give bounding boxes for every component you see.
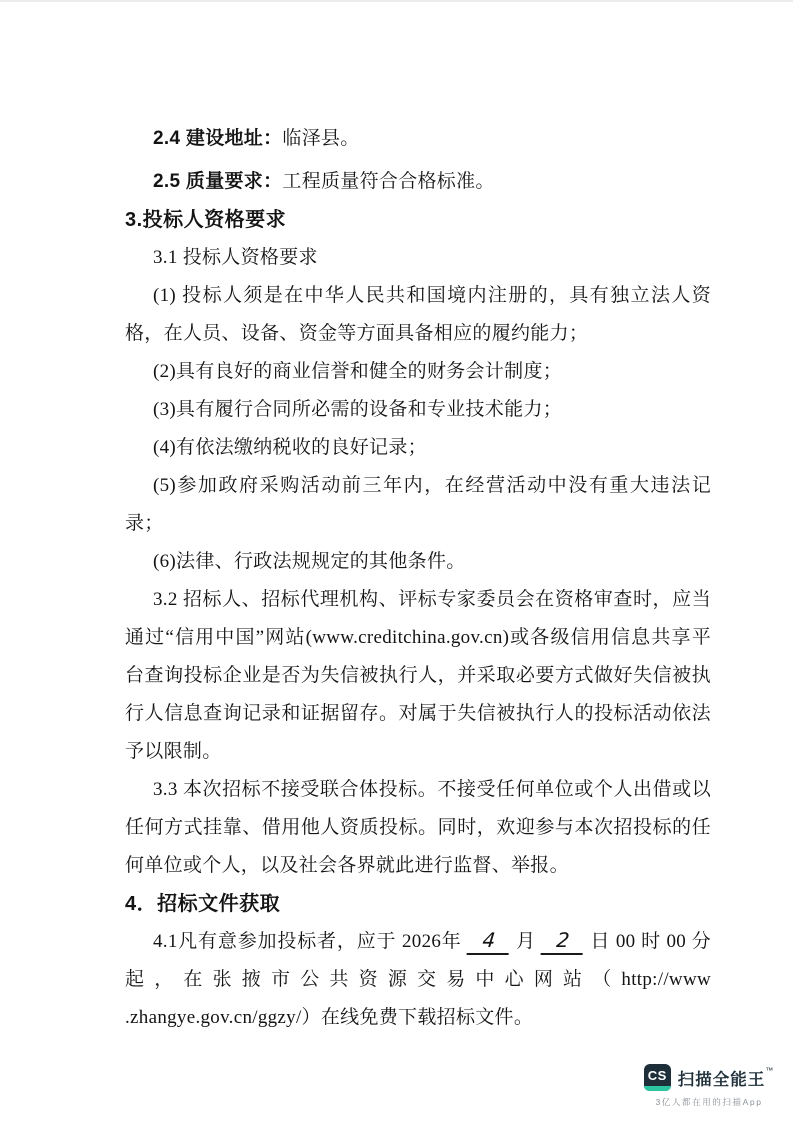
handwritten-day-value: 2 <box>540 927 585 955</box>
clause-4-1-month-unit: 月 <box>516 931 536 952</box>
camscanner-logo-row: CS 扫描全能王™ <box>637 1064 781 1091</box>
qualification-item-5: (5)参加政府采购活动前三年内，在经营活动中没有重大违法记录； <box>125 467 711 543</box>
camscanner-tagline: 3亿人都在用的扫描App <box>637 1096 781 1108</box>
clause-3-1: 3.1 投标人资格要求 <box>125 239 711 277</box>
qualification-item-3: (3)具有履行合同所必需的设备和专业技术能力； <box>125 391 711 429</box>
camscanner-cs-icon: CS <box>644 1064 671 1091</box>
camscanner-app-name-text: 扫描全能王 <box>678 1071 766 1089</box>
document-content: 2.4 建设地址：临泽县。 2.5 质量要求：工程质量符合合格标准。 3.投标人… <box>125 120 711 1037</box>
qualification-item-1: (1) 投标人须是在中华人民共和国境内注册的，具有独立法人资格，在人员、设备、资… <box>125 277 711 353</box>
trademark-mark: ™ <box>765 1066 774 1075</box>
clause-2-4-label: 2.4 建设地址： <box>153 128 282 149</box>
clause-4-1-before-month: 4.1凡有意参加投标者，应于 2026年 <box>153 931 462 952</box>
scan-top-edge <box>0 0 793 2</box>
clause-3-3: 3.3 本次招标不接受联合体投标。不接受任何单位或个人出借或以任何方式挂靠、借用… <box>125 771 711 885</box>
section-3-title: 3.投标人资格要求 <box>125 201 711 239</box>
qualification-item-4: (4)有依法缴纳税收的良好记录； <box>125 429 711 467</box>
clause-4-1: 4.1凡有意参加投标者，应于 2026年4月2日 00 时 00 分起，在张掖市… <box>125 923 711 1037</box>
camscanner-watermark: CS 扫描全能王™ 3亿人都在用的扫描App <box>637 1064 781 1108</box>
clause-2-5-label: 2.5 质量要求： <box>153 171 282 192</box>
handwritten-month-value: 4 <box>466 927 511 955</box>
camscanner-app-name: 扫描全能王™ <box>678 1066 775 1090</box>
clause-2-5: 2.5 质量要求：工程质量符合合格标准。 <box>125 163 711 201</box>
clause-3-2: 3.2 招标人、招标代理机构、评标专家委员会在资格审查时，应当通过“信用中国”网… <box>125 581 711 771</box>
clause-2-4-text: 临泽县。 <box>282 128 359 149</box>
qualification-item-2: (2)具有良好的商业信誉和健全的财务会计制度； <box>125 353 711 391</box>
section-4-title: 4．招标文件获取 <box>125 885 711 923</box>
clause-2-5-text: 工程质量符合合格标准。 <box>282 171 494 192</box>
clause-2-4: 2.4 建设地址：临泽县。 <box>125 120 711 158</box>
qualification-item-6: (6)法律、行政法规规定的其他条件。 <box>125 543 711 581</box>
